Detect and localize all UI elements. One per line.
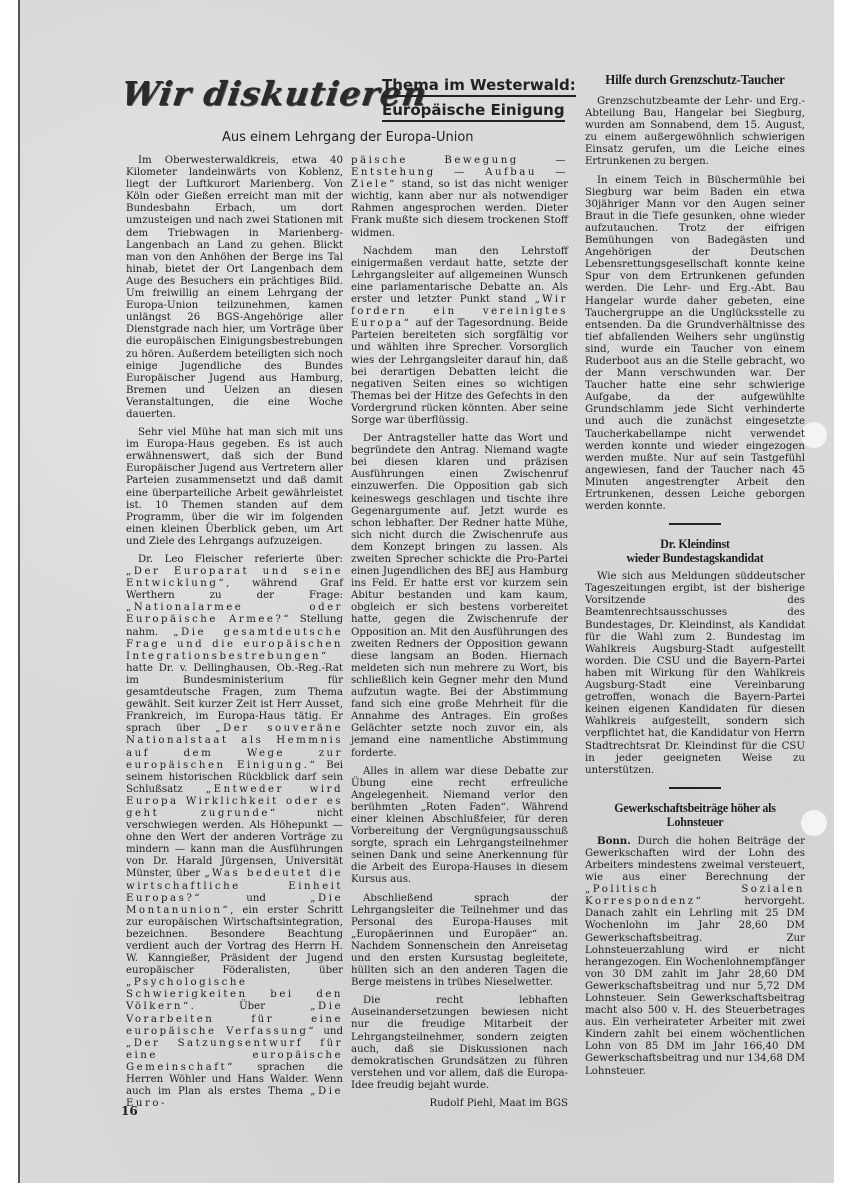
paragraph: Nachdem man den Lehrstoff einigermaßen v… xyxy=(351,246,568,427)
main-article-kicker-line1: Thema im Westerwald: xyxy=(382,76,576,97)
paragraph: Sehr viel Mühe hat man sich mit uns im E… xyxy=(126,427,343,548)
paragraph: Die recht lebhaften Auseinandersetzungen… xyxy=(351,995,568,1092)
main-article-kicker-line2: Europäische Einigung xyxy=(382,101,565,122)
main-article-column-1: Im Oberwesterwaldkreis, etwa 40 Kilomete… xyxy=(126,155,343,1116)
page-number: 16 xyxy=(121,1104,138,1118)
article-divider xyxy=(669,787,721,789)
paragraph: Wie sich aus Meldungen süddeutscher Tage… xyxy=(585,571,805,777)
main-article-column-2: päische Bewegung — Entstehung — Aufbau —… xyxy=(351,155,568,1110)
article-headline: Gewerkschaftsbeiträge höher als Lohnsteu… xyxy=(594,801,796,829)
paragraph: Grenzschutzbeamte der Lehr- und Erg.-Abt… xyxy=(585,96,805,169)
article-divider xyxy=(669,523,721,525)
paragraph: päische Bewegung — Entstehung — Aufbau —… xyxy=(351,155,568,240)
dateline: Bonn. xyxy=(597,835,631,847)
sidebar-column: Hilfe durch Grenzschutz-Taucher Grenzsch… xyxy=(585,74,805,1084)
main-article-subtitle: Aus einem Lehrgang der Europa-Union xyxy=(222,130,474,145)
paragraph: Dr. Leo Fleischer referierte über: „Der … xyxy=(126,554,343,1110)
author-byline: Rudolf Piehl, Maat im BGS xyxy=(351,1098,568,1110)
paragraph: Bonn. Durch die hohen Beiträge der Gewer… xyxy=(585,835,805,1078)
article-headline: Dr. Kleindinst wieder Bundestagskandidat xyxy=(594,537,796,565)
article-headline: Hilfe durch Grenzschutz-Taucher xyxy=(594,74,796,88)
paragraph: Der Antragsteller hatte das Wort und beg… xyxy=(351,433,568,760)
paragraph: Alles in allem war diese Debatte zur Übu… xyxy=(351,766,568,887)
paragraph: Im Oberwesterwaldkreis, etwa 40 Kilomete… xyxy=(126,155,343,421)
paragraph: In einem Teich in Büschermühle bei Siegb… xyxy=(585,175,805,514)
paragraph: Abschließend sprach der Lehrgangsleiter … xyxy=(351,893,568,990)
